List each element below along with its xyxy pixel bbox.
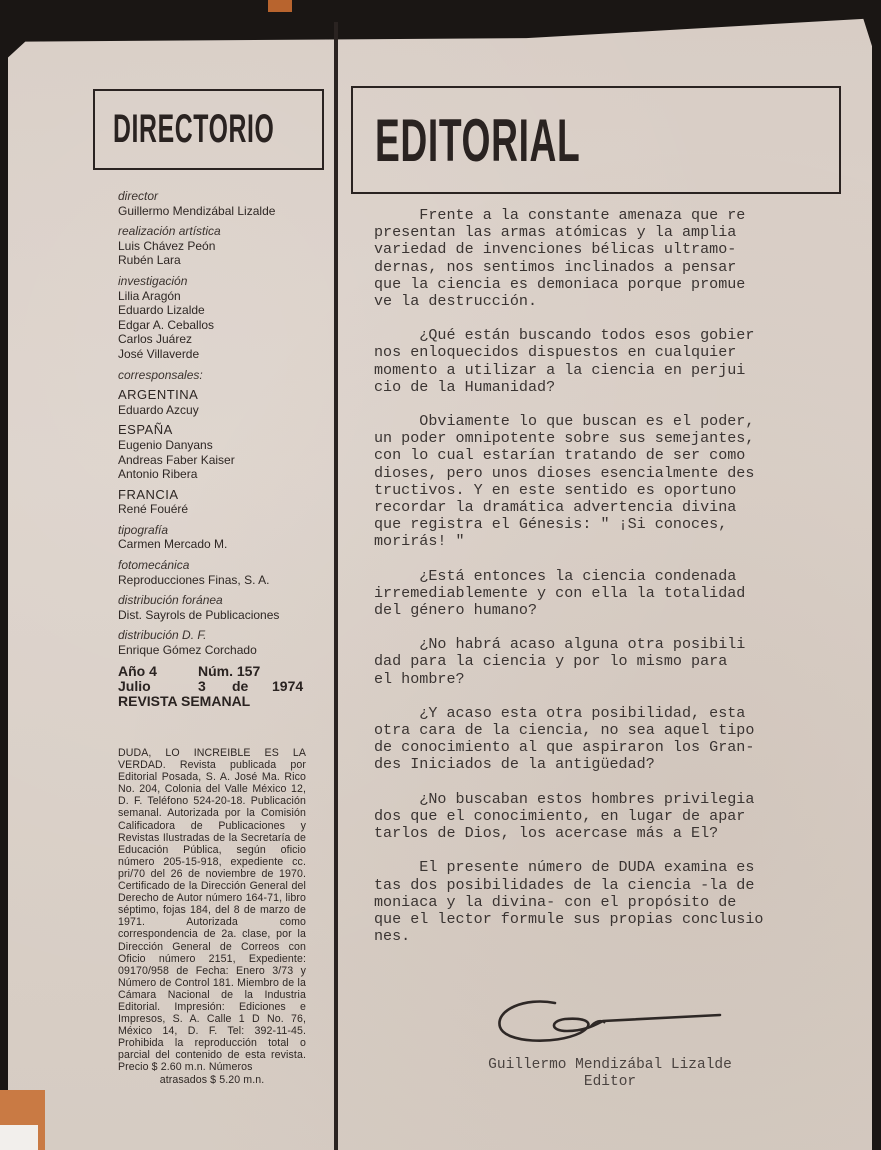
role-label: corresponsales: [118,368,318,383]
staff-name: Rubén Lara [118,253,318,268]
directory-group: directorGuillermo Mendizábal Lizalde [118,189,318,218]
editor-signature-block: Guillermo Mendizábal Lizalde Editor [440,1057,780,1091]
legal-notice: DUDA, LO INCREIBLE ES LA VERDAD. Revista… [118,747,306,1086]
role-label: tipografía [118,523,318,538]
staff-name: Carmen Mercado M. [118,537,318,552]
issue-info: Año 4Núm. 157Julio3de1974REVISTA SEMANAL [118,664,318,709]
editorial-paragraph: ¿Está entonces la ciencia condenada irre… [374,568,844,620]
column-divider [334,22,338,1150]
country-label: ARGENTINA [118,388,318,403]
editorial-paragraph: El presente número de DUDA examina es ta… [374,859,844,945]
issue-frequency: REVISTA SEMANAL [118,694,318,709]
issue-month: Julio [118,679,198,694]
staff-name: Lilia Aragón [118,289,318,304]
role-label: distribución foránea [118,593,318,608]
editor-name: Guillermo Mendizábal Lizalde [440,1057,780,1074]
directory-title: DIRECTORIO [113,107,274,152]
staff-name: Eugenio Danyans [118,438,318,453]
country-label: ESPAÑA [118,423,318,438]
issue-de: de [232,679,272,694]
corner-background [0,1125,38,1150]
issue-year-label: Año 4 [118,664,198,679]
correspondent-group: FRANCIARené Fouéré [118,488,318,517]
directory-group: tipografíaCarmen Mercado M. [118,523,318,552]
country-label: FRANCIA [118,488,318,503]
staff-name: José Villaverde [118,347,318,362]
staff-name: Antonio Ribera [118,467,318,482]
directory-group: realización artísticaLuis Chávez PeónRub… [118,224,318,268]
editorial-title: EDITORIAL [375,106,580,175]
directory-group: investigaciónLilia AragónEduardo Lizalde… [118,274,318,362]
editorial-paragraph: ¿Y acaso esta otra posibilidad, esta otr… [374,705,844,774]
directory-group: distribución foráneaDist. Sayrols de Pub… [118,593,318,622]
issue-date-row: Julio3de1974 [118,679,318,694]
editorial-paragraph: ¿No habrá acaso alguna otra posibili dad… [374,636,844,688]
issue-year: 1974 [272,679,303,694]
issue-number: Núm. 157 [198,664,260,679]
directory-group: corresponsales: [118,368,318,383]
staff-name: Carlos Juárez [118,332,318,347]
staff-name: Reproducciones Finas, S. A. [118,573,318,588]
role-label: realización artística [118,224,318,239]
page-edge-tab [268,0,292,12]
staff-name: Dist. Sayrols de Publicaciones [118,608,318,623]
directory-group: distribución D. F.Enrique Gómez Corchado [118,628,318,657]
editorial-paragraph: Frente a la constante amenaza que re pre… [374,207,844,310]
legal-text: DUDA, LO INCREIBLE ES LA VERDAD. Revista… [118,747,306,1073]
issue-day: 3 [198,679,232,694]
editorial-paragraph: Obviamente lo que buscan es el poder, un… [374,413,844,551]
issue-row: Año 4Núm. 157 [118,664,318,679]
staff-name: Andreas Faber Kaiser [118,453,318,468]
role-label: investigación [118,274,318,289]
staff-name: Luis Chávez Peón [118,239,318,254]
staff-name: René Fouéré [118,502,318,517]
editor-title: Editor [440,1074,780,1091]
role-label: fotomecánica [118,558,318,573]
staff-name: Edgar A. Ceballos [118,318,318,333]
role-label: distribución D. F. [118,628,318,643]
staff-name: Enrique Gómez Corchado [118,643,318,658]
staff-name: Eduardo Lizalde [118,303,318,318]
staff-directory: directorGuillermo Mendizábal Lizaldereal… [118,189,318,709]
directory-group: fotomecánicaReproducciones Finas, S. A. [118,558,318,587]
legal-last-line: atrasados $ 5.20 m.n. [118,1074,306,1086]
editorial-paragraph: ¿No buscaban estos hombres privilegia do… [374,791,844,843]
correspondent-group: ESPAÑAEugenio DanyansAndreas Faber Kaise… [118,423,318,481]
editorial-paragraph: ¿Qué están buscando todos esos gobier no… [374,327,844,396]
staff-name: Eduardo Azcuy [118,403,318,418]
correspondent-group: ARGENTINAEduardo Azcuy [118,388,318,417]
role-label: director [118,189,318,204]
staff-name: Guillermo Mendizábal Lizalde [118,204,318,219]
signature-icon [495,995,725,1050]
editorial-body: Frente a la constante amenaza que re pre… [374,207,844,962]
